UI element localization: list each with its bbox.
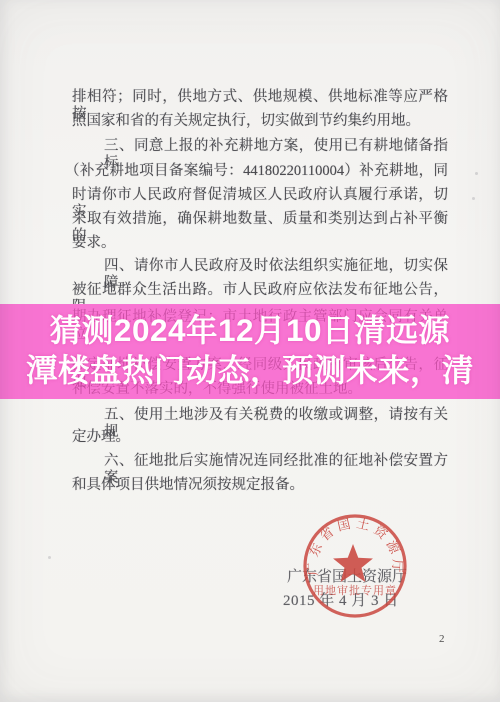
doc-line: 排相符；同时，供地方式、供地规模、供地标准等应严格按 [72, 89, 448, 107]
banner-title-line2: 潭楼盘热门动态，预测未来，清 [0, 351, 500, 389]
doc-line: 时请你市人民政府督促清城区人民政府认真履行承诺，切实 [72, 187, 448, 205]
doc-line: 照国家和省的有关规定执行，切实做到节约集约用地。 [72, 113, 448, 131]
doc-line: 被征地群众生活出路。市人民政府应依法发布征地公告，限 [72, 282, 448, 300]
seal-star-icon [333, 544, 373, 582]
noise-speck [48, 556, 51, 559]
doc-line: 三、同意上报的补充耕地方案，使用已有耕地储备指标 [104, 138, 448, 156]
title-banner: 期办理征地补偿登记；市土地行政主管部门应会同有关单位 拟定征地补偿安置方案，经同… [0, 304, 500, 399]
banner-title-line1: 猜测2024年12月10日清远源 [0, 311, 500, 349]
seal-inner-text: 用地审批专用章 [313, 583, 397, 597]
doc-line: 定办理。 [72, 429, 448, 447]
doc-line: 六、征地批后实施情况连同经批准的征地补偿安置方案 [104, 453, 448, 471]
doc-line: 四、请你市人民政府及时依法组织实施征地，切实保障 [104, 258, 448, 276]
page-number: 2 [439, 633, 445, 645]
doc-line: 要求。 [72, 235, 448, 253]
doc-line: （补充耕地项目备案编号：44180220110004）补充耕地，同 [65, 163, 448, 181]
noise-speck [475, 172, 478, 175]
doc-line: 采取有效措施，确保耕地数量、质量和类别达到占补平衡的 [72, 211, 448, 229]
official-seal: 广东省国土资源厅 用地审批专用章 [299, 512, 413, 626]
doc-line: 五、使用土地涉及有关税费的收缴或调整，请按有关规 [104, 407, 448, 425]
noise-speck [472, 197, 475, 200]
document-page: 排相符；同时，供地方式、供地规模、供地标准等应严格按 照国家和省的有关规定执行，… [0, 0, 500, 702]
doc-line: 和具体项目供地情况须按规定报备。 [72, 477, 448, 495]
